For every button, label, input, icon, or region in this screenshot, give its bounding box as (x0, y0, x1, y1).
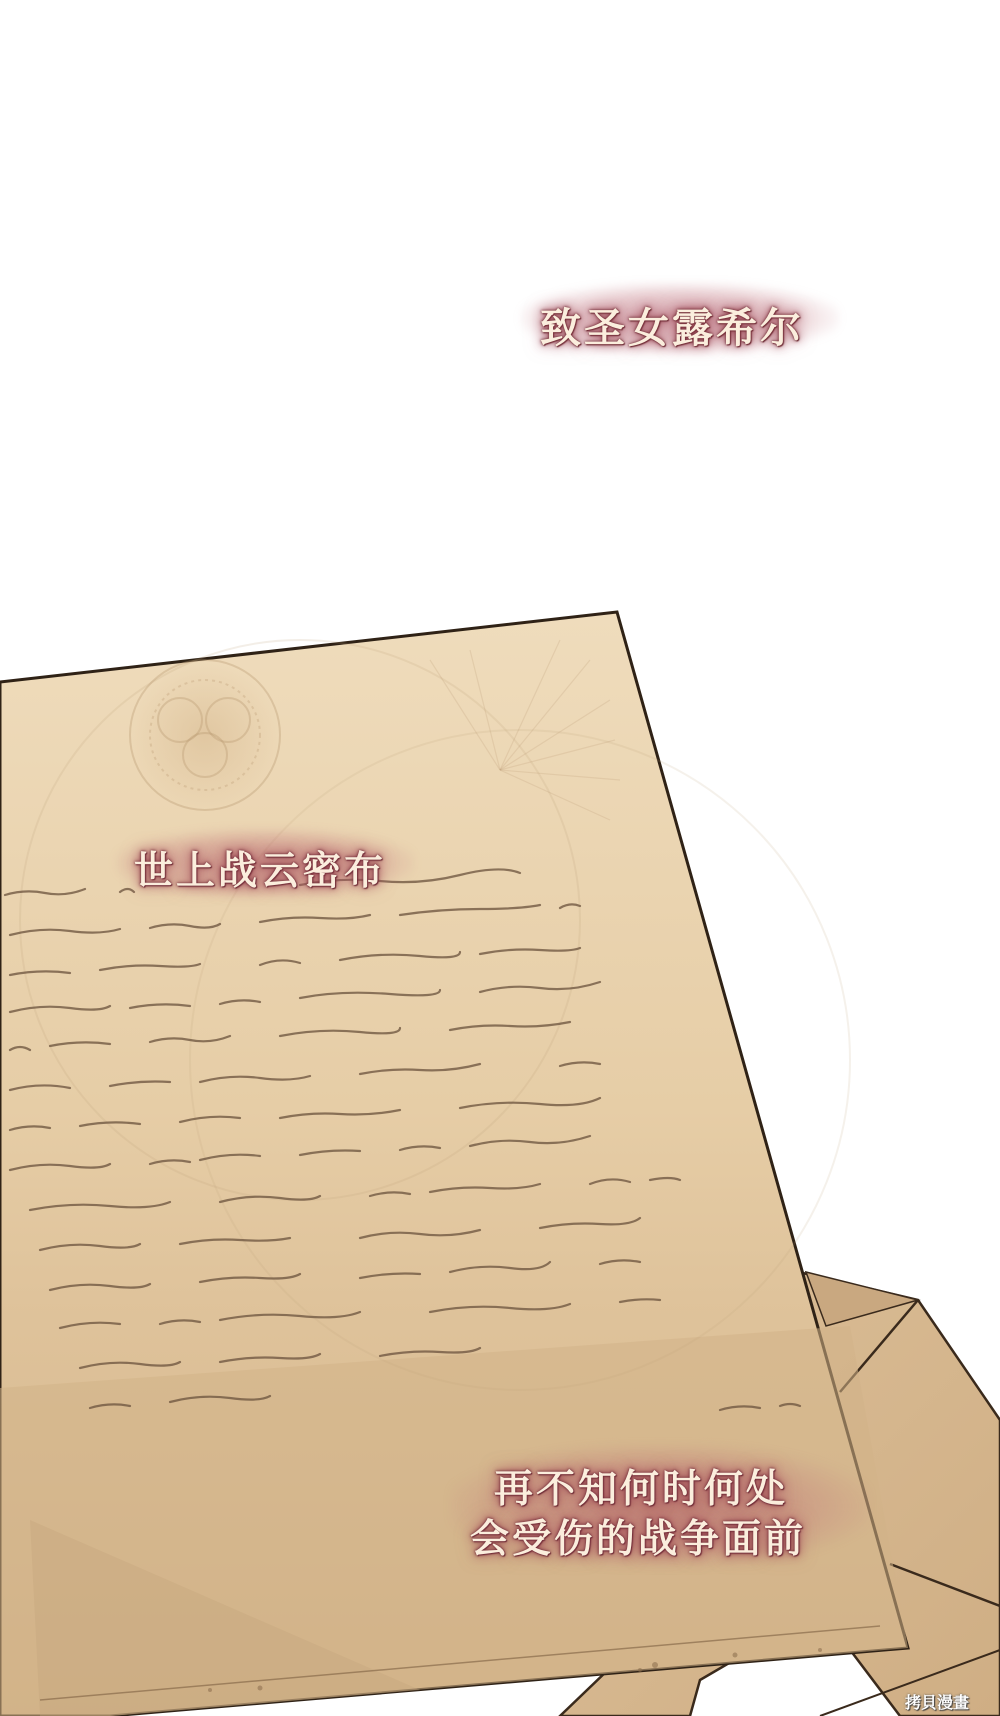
caption-line-2a: 再不知何时何处 (494, 1458, 788, 1514)
watermark: 拷貝漫畫 (905, 1690, 969, 1713)
caption-line-2b: 会受伤的战争面前 (470, 1508, 806, 1564)
comic-panel: 致圣女露希尔 世上战云密布 再不知何时何处 会受伤的战争面前 拷貝漫畫 (0, 0, 1000, 1716)
caption-salutation: 致圣女露希尔 (540, 295, 804, 354)
caption-line-1: 世上战云密布 (134, 840, 386, 896)
